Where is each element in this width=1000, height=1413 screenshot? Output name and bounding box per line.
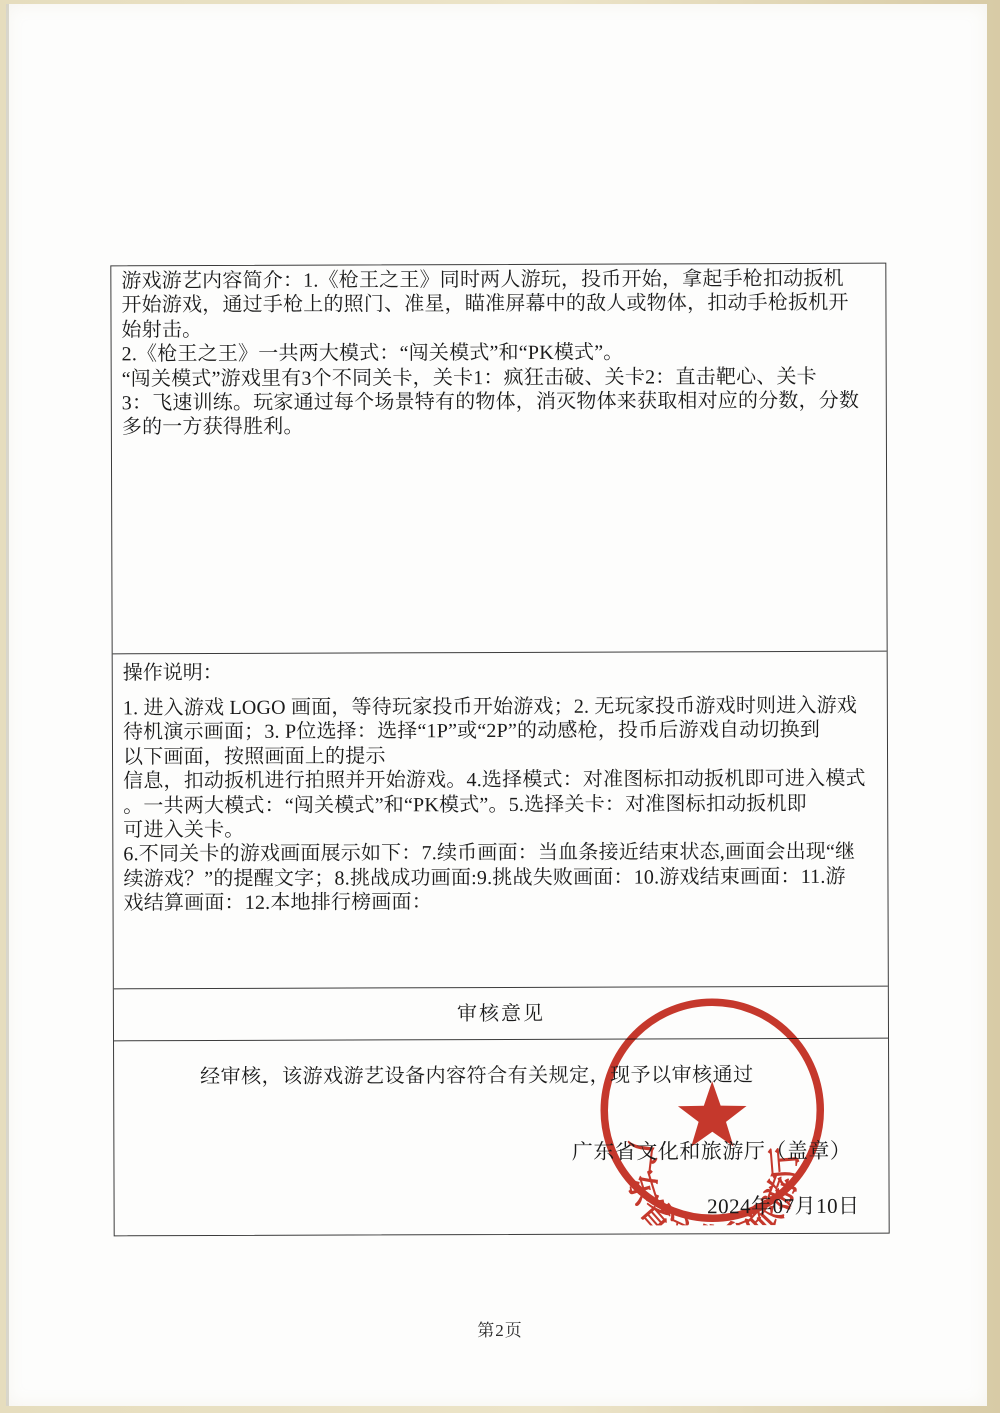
intro-line: 开始游戏，通过手枪上的照门、准星，瞄准屏幕中的敌人或物体，扣动手枪扳机开: [121, 291, 875, 318]
authority-signature: 广东省文化和旅游厅（盖章）: [572, 1134, 852, 1165]
approval-date: 2024年07月10日: [707, 1189, 860, 1220]
section-review-body: 经审核，该游戏游艺设备内容符合有关规定，现予以审核通过 广东省文化和旅游厅（盖章…: [114, 1037, 889, 1234]
approval-statement: 经审核，该游戏游艺设备内容符合有关规定，现予以审核通过: [124, 1062, 880, 1090]
section-operation-instructions: 操作说明： 1. 进入游戏 LOGO 画面，等待玩家投币开始游戏；2. 无玩家投…: [113, 650, 888, 988]
operation-line: 。一共两大模式：“闯关模式”和“PK模式”。5.选择关卡：对准图标扣动扳机即: [123, 791, 877, 818]
operation-title: 操作说明：: [123, 658, 877, 685]
review-form-table: 游戏游艺内容简介：1.《枪王之王》同时两人游玩，投币开始，拿起手枪扣动扳机 开始…: [110, 263, 889, 1237]
operation-line: 1. 进入游戏 LOGO 画面，等待玩家投币开始游戏；2. 无玩家投币游戏时则进…: [123, 694, 877, 721]
section-game-intro: 游戏游艺内容简介：1.《枪王之王》同时两人游玩，投币开始，拿起手枪扣动扳机 开始…: [111, 264, 886, 653]
review-header-label: 审核意见: [457, 1002, 545, 1024]
intro-line: 2.《枪王之王》一共两大模式：“闯关模式”和“PK模式”。: [122, 340, 876, 367]
scanned-document-page: { "document": { "sections": { "intro": {…: [0, 0, 1000, 1413]
operation-line: 戏结算画面：12.本地排行榜画面：: [123, 889, 877, 916]
operation-line: 可进入关卡。: [123, 816, 877, 843]
intro-line: 始射击。: [121, 315, 875, 342]
intro-line: “闯关模式”游戏里有3个不同关卡，关卡1：疯狂击破、关卡2：直击靶心、关卡: [122, 364, 876, 391]
scan-edge-shadow: [6, 4, 9, 1406]
page-number-footer: 第2页: [0, 1316, 1000, 1341]
operation-line: 以下画面，按照画面上的提示: [123, 742, 877, 769]
intro-line: 游戏游艺内容简介：1.《枪王之王》同时两人游玩，投币开始，拿起手枪扣动扳机: [121, 267, 875, 294]
operation-line: 待机演示画面；3. P位选择：选择“1P”或“2P”的动感枪，投币后游戏自动切换…: [123, 718, 877, 745]
operation-line: 6.不同关卡的游戏画面展示如下：7.续币画面：当血条接近结束状态,画面会出现“继: [123, 840, 877, 867]
operation-line: 续游戏？”的提醒文字；8.挑战成功画面:9.挑战失败画面：10.游戏结束画面：1…: [123, 864, 877, 891]
operation-line: 信息，扣动扳机进行拍照并开始游戏。4.选择模式：对准图标扣动扳机即可进入模式: [123, 767, 877, 794]
intro-line: 多的一方获得胜利。: [122, 413, 876, 440]
intro-line: 3：飞速训练。玩家通过每个场景特有的物体，消灭物体来获取相对应的分数，分数: [122, 389, 876, 416]
